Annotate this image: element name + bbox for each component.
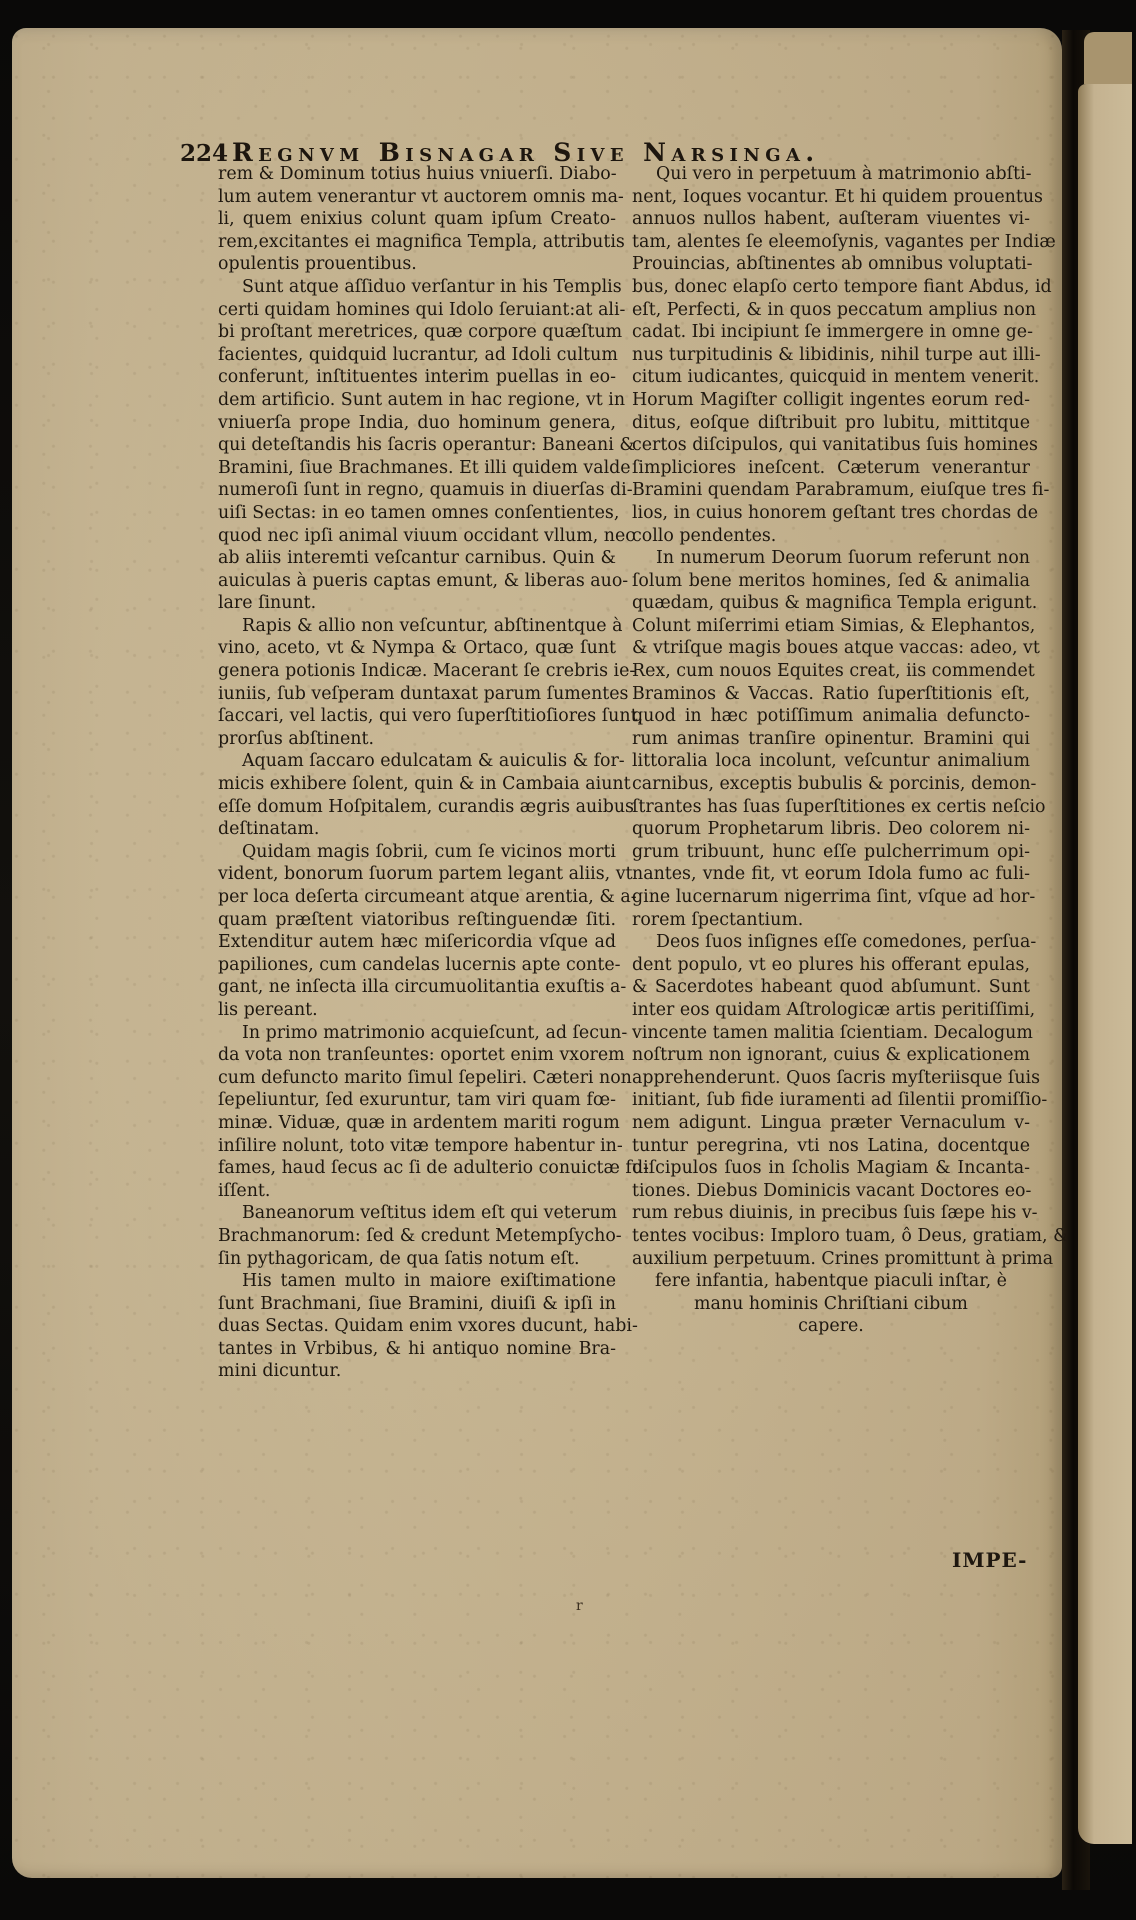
paragraph-start-line: In primo matrimonio acquieſcunt, ad ſecu…	[218, 1022, 616, 1045]
text-line: nantes, vnde fit, vt eorum Idola fumo ac…	[632, 863, 1030, 886]
left-text-column: rem & Dominum totius huius vniuerſi. Dia…	[218, 163, 616, 1383]
text-line: per loca deſerta circumeant atque arenti…	[218, 886, 616, 909]
text-line: quam præſtent viatoribus reſtinguendæ ſi…	[218, 909, 616, 932]
text-line: rorem ſpectantium.	[632, 909, 1030, 932]
text-line: micis exhibere ſolent, quin & in Cambaia…	[218, 773, 616, 796]
text-line: dent populo, vt eo plures his offerant e…	[632, 954, 1030, 977]
text-line: ſimpliciores ineſcent. Cæterum venerantu…	[632, 457, 1030, 480]
text-line: vincente tamen malitia ſcientiam. Decalo…	[632, 1022, 1030, 1045]
text-line: certos diſcipulos, qui vanitatibus ſuis …	[632, 434, 1030, 457]
signature-mark: r	[576, 1598, 583, 1614]
text-line: conferunt, inſtituentes interim puellas …	[218, 366, 616, 389]
text-line: ditus, eoſque diſtribuit pro lubitu, mit…	[632, 412, 1030, 435]
text-line: cadat. Ibi incipiunt ſe immergere in omn…	[632, 321, 1030, 344]
text-line: tantes in Vrbibus, & hi antiquo nomine B…	[218, 1338, 616, 1361]
text-line: Brachmanorum: ſed & credunt Metempſycho-	[218, 1225, 616, 1248]
text-line: Braminos & Vaccas. Ratio ſuperſtitionis …	[632, 683, 1030, 706]
paragraph-start-line: Aquam ſaccaro edulcatam & auiculis & for…	[218, 750, 616, 773]
text-line: ſaccari, vel lactis, qui vero ſuperſtiti…	[218, 705, 616, 728]
text-line: lum autem venerantur vt auctorem omnis m…	[218, 186, 616, 209]
text-line: quod nec ipſi animal viuum occidant vllu…	[218, 525, 616, 548]
text-line: fames, haud ſecus ac ſi de adulterio con…	[218, 1157, 616, 1180]
text-line: grum tribuunt, hunc eſſe pulcherrimum op…	[632, 841, 1030, 864]
paragraph-start-line: Quidam magis ſobrii, cum ſe vicinos mort…	[218, 841, 616, 864]
paragraph-start-line: In numerum Deorum ſuorum referunt non	[632, 547, 1030, 570]
text-line: ſepeliuntur, ſed exuruntur, tam viri qua…	[218, 1089, 616, 1112]
text-line: rem & Dominum totius huius vniuerſi. Dia…	[218, 163, 616, 186]
text-line: bus, donec elapſo certo tempore fiant Ab…	[632, 276, 1030, 299]
text-line: tam, alentes ſe eleemoſynis, vagantes pe…	[632, 231, 1030, 254]
text-line: eſſe domum Hoſpitalem, curandis ægris au…	[218, 796, 616, 819]
text-line: bi proſtant meretrices, quæ corpore quæſ…	[218, 321, 616, 344]
text-line: ſolum bene meritos homines, ſed & animal…	[632, 570, 1030, 593]
text-line: deſtinatam.	[218, 818, 616, 841]
text-line: & vtriſque magis boues atque vaccas: ade…	[632, 637, 1030, 660]
text-line: rum animas tranſire opinentur. Bramini q…	[632, 728, 1030, 751]
text-line: da vota non tranſeuntes: oportet enim vx…	[218, 1044, 616, 1067]
text-line: ab aliis interemti veſcantur carnibus. Q…	[218, 547, 616, 570]
text-line: nem adigunt. Lingua præter Vernaculum v-	[632, 1112, 1030, 1135]
paragraph-start-line: Rapis & allio non veſcuntur, abſtinentqu…	[218, 615, 616, 638]
text-line: uiſi Sectas: in eo tamen omnes conſentie…	[218, 502, 616, 525]
text-line: littoralia loca incolunt, veſcuntur anim…	[632, 750, 1030, 773]
text-line: quod in hæc potiſſimum animalia defuncto…	[632, 705, 1030, 728]
text-line: minæ. Viduæ, quæ in ardentem mariti rogu…	[218, 1112, 616, 1135]
text-line: vniuerſa prope India, duo hominum genera…	[218, 412, 616, 435]
text-line: carnibus, exceptis bubulis & porcinis, d…	[632, 773, 1030, 796]
text-line: li, quem enixius colunt quam ipſum Creat…	[218, 208, 616, 231]
text-line: eſt, Perfecti, & in quos peccatum ampliu…	[632, 299, 1030, 322]
paragraph-start-line: Baneanorum veſtitus idem eſt qui veterum	[218, 1202, 616, 1225]
text-line: opulentis prouentibus.	[218, 253, 616, 276]
text-line: gine lucernarum nigerrima ſint, vſque ad…	[632, 886, 1030, 909]
text-line: iſſent.	[218, 1180, 616, 1203]
text-line: ſtrantes has ſuas ſuperſtitiones ex cert…	[632, 796, 1030, 819]
text-line: qui deteſtandis his ſacris operantur: Ba…	[218, 434, 616, 457]
text-line: Rex, cum nouos Equites creat, iis commen…	[632, 660, 1030, 683]
text-line: quorum Prophetarum libris. Deo colorem n…	[632, 818, 1030, 841]
text-line: tiones. Diebus Dominicis vacant Doctores…	[632, 1180, 1030, 1203]
text-line: Bramini, ſiue Brachmanes. Et illi quidem…	[218, 457, 616, 480]
text-line: quædam, quibus & magnifica Templa erigun…	[632, 592, 1030, 615]
text-line-tapered: fere infantia, habentque piaculi inſtar,…	[632, 1270, 1030, 1293]
text-line: ſin pythagoricam, de qua ſatis notum eſt…	[218, 1248, 616, 1271]
text-line: certi quidam homines qui Idolo ſeruiant:…	[218, 299, 616, 322]
text-line: gant, ne inſecta illa circumuolitantia e…	[218, 976, 616, 999]
text-line: dem artificio. Sunt autem in hac regione…	[218, 389, 616, 412]
text-line: mini dicuntur.	[218, 1360, 616, 1383]
right-text-column: Qui vero in perpetuum à matrimonio abſti…	[632, 163, 1030, 1338]
text-line: lios, in cuius honorem geſtant tres chor…	[632, 502, 1030, 525]
paragraph-start-line: Deos ſuos inſignes eſſe comedones, perſu…	[632, 931, 1030, 954]
text-line: facientes, quidquid lucrantur, ad Idoli …	[218, 344, 616, 367]
text-line: lis pereant.	[218, 999, 616, 1022]
text-line: Horum Magiſter colligit ingentes eorum r…	[632, 389, 1030, 412]
text-line: & Sacerdotes habeant quod abſumunt. Sunt	[632, 976, 1030, 999]
paragraph-start-line: Qui vero in perpetuum à matrimonio abſti…	[632, 163, 1030, 186]
text-line: rem,excitantes ei magnifica Templa, attr…	[218, 231, 616, 254]
text-line: vident, bonorum ſuorum partem legant ali…	[218, 863, 616, 886]
text-line: Bramini quendam Parabramum, eiuſque tres…	[632, 479, 1030, 502]
text-line: annuos nullos habent, auſteram viuentes …	[632, 208, 1030, 231]
text-line: lare ſinunt.	[218, 592, 616, 615]
text-line: initiant, ſub fide iuramenti ad ſilentii…	[632, 1089, 1030, 1112]
text-line: inter eos quidam Aſtrologicæ artis perit…	[632, 999, 1030, 1022]
adjacent-page-edge-top	[1084, 32, 1132, 84]
text-line: noſtrum non ignorant, cuius & explicatio…	[632, 1044, 1030, 1067]
text-line: diſcipulos ſuos in ſcholis Magiam & Inca…	[632, 1157, 1030, 1180]
text-line: ſunt Brachmani, ſiue Bramini, diuiſi & i…	[218, 1293, 616, 1316]
text-line: Extenditur autem hæc miſericordia vſque …	[218, 931, 616, 954]
text-line: genera potionis Indicæ. Macerant ſe creb…	[218, 660, 616, 683]
text-line: tuntur peregrina, vti nos Latina, docent…	[632, 1135, 1030, 1158]
text-line: inſilire nolunt, toto vitæ tempore haben…	[218, 1135, 616, 1158]
text-line: tentes vocibus: Imploro tuam, ô Deus, gr…	[632, 1225, 1030, 1248]
text-line-tapered: capere.	[632, 1315, 1030, 1338]
text-line: Prouincias, abſtinentes ab omnibus volup…	[632, 253, 1030, 276]
paragraph-start-line: Sunt atque aſſiduo verſantur in his Temp…	[218, 276, 616, 299]
text-line: citum iudicantes, quicquid in mentem ven…	[632, 366, 1030, 389]
text-line: numeroſi ſunt in regno, quamuis in diuer…	[218, 479, 616, 502]
text-line: collo pendentes.	[632, 525, 1030, 548]
text-line: apprehenderunt. Quos ſacris myſteriisque…	[632, 1067, 1030, 1090]
text-line: vino, aceto, vt & Nympa & Ortaco, quæ ſu…	[218, 637, 616, 660]
text-line: prorſus abſtinent.	[218, 728, 616, 751]
text-line: nus turpitudinis & libidinis, nihil turp…	[632, 344, 1030, 367]
text-line: nent, Ioques vocantur. Et hi quidem prou…	[632, 186, 1030, 209]
text-line-tapered: manu hominis Chriſtiani cibum	[632, 1293, 1030, 1316]
text-line: auiculas à pueris captas emunt, & libera…	[218, 570, 616, 593]
text-line: rum rebus diuinis, in precibus ſuis ſæpe…	[632, 1202, 1030, 1225]
adjacent-page-edge	[1078, 84, 1132, 1844]
text-line: duas Sectas. Quidam enim vxores ducunt, …	[218, 1315, 616, 1338]
catchword: IMPE-	[952, 1548, 1027, 1572]
text-line: papiliones, cum candelas lucernis apte c…	[218, 954, 616, 977]
text-line: cum defuncto marito ſimul ſepeliri. Cæte…	[218, 1067, 616, 1090]
text-line: auxilium perpetuum. Crines promittunt à …	[632, 1248, 1030, 1271]
text-line: iuniis, ſub veſperam duntaxat parum ſume…	[218, 683, 616, 706]
paragraph-start-line: His tamen multo in maiore exiſtimatione	[218, 1270, 616, 1293]
text-line: Colunt miſerrimi etiam Simias, & Elephan…	[632, 615, 1030, 638]
